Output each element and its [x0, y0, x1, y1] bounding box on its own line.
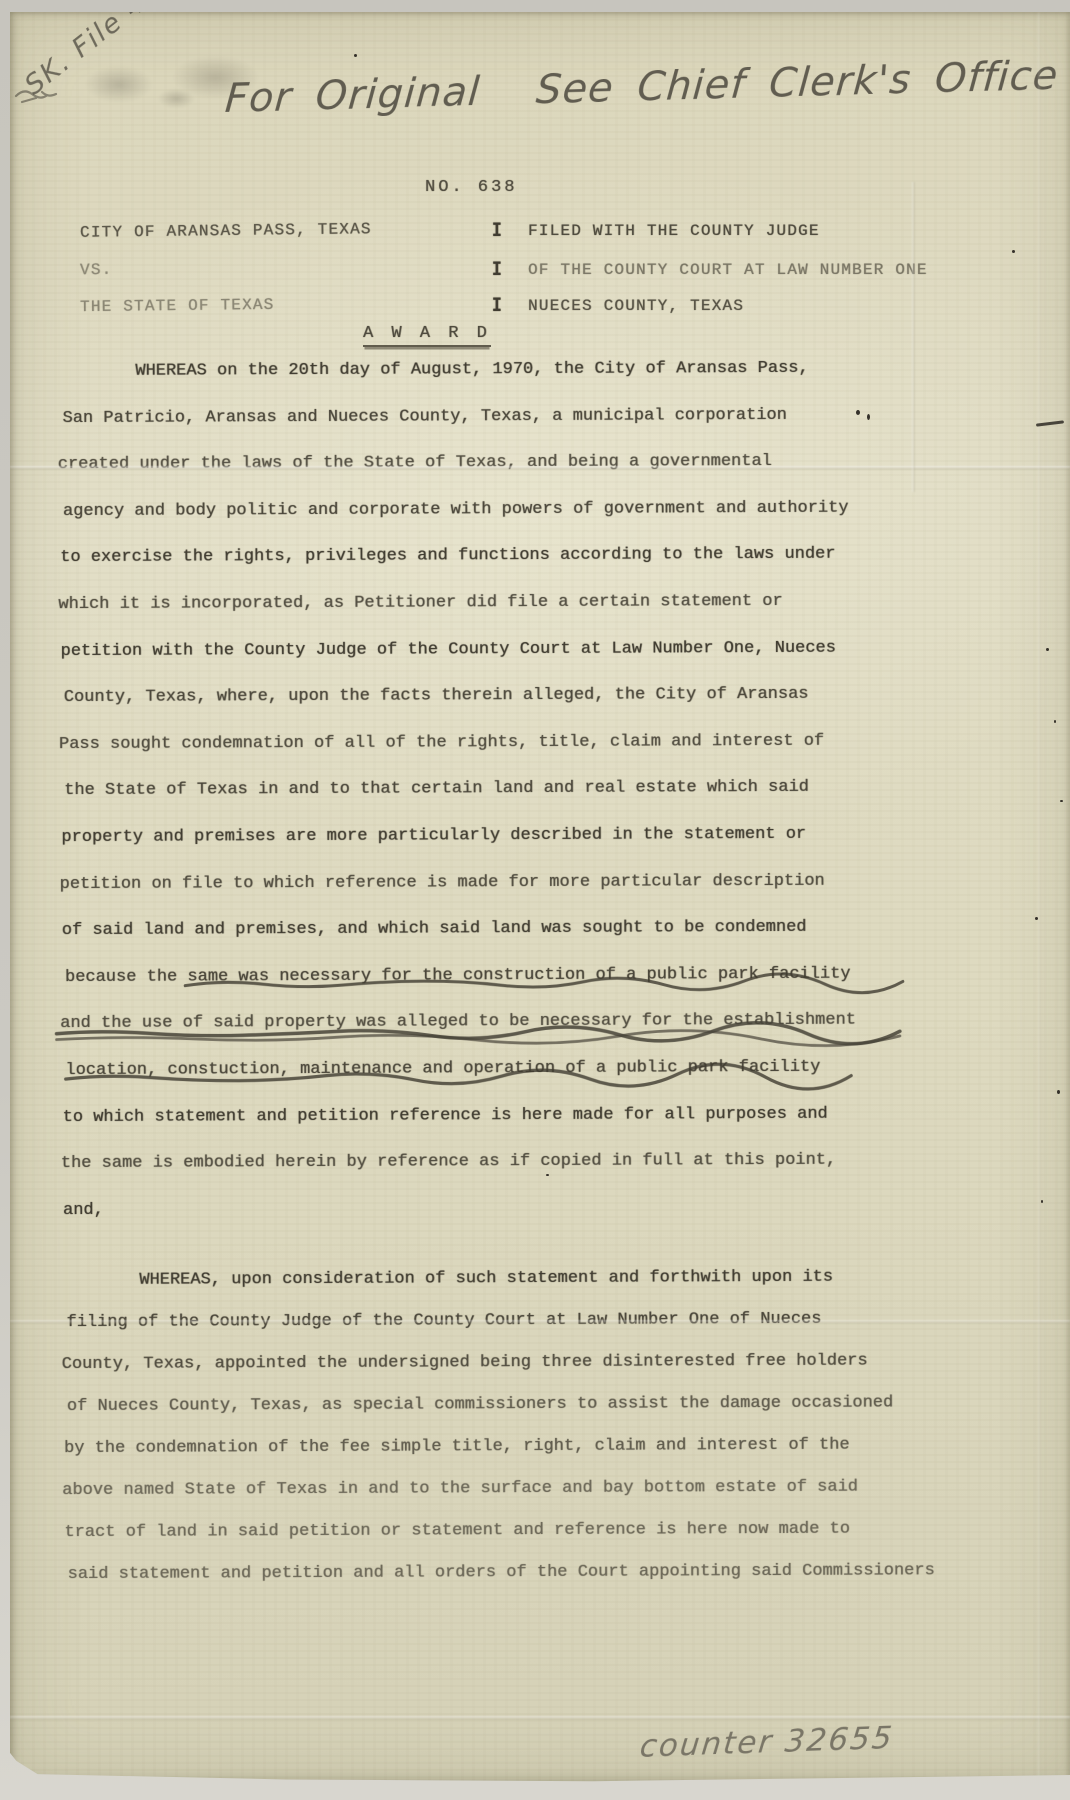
document-body: WHEREAS on the 20th day of August, 1970,…	[59, 358, 1024, 1607]
body-line: of Nueces County, Texas, as special comm…	[67, 1393, 1024, 1439]
ink-speck	[354, 54, 357, 57]
caption-left-party: VS.	[80, 261, 113, 279]
body-line: Pass sought condemnation of all of the r…	[59, 731, 1021, 782]
ink-speck	[1057, 1090, 1060, 1094]
body-line: which it is incorporated, as Petitioner …	[58, 591, 1020, 642]
fold-crease	[10, 1716, 1070, 1720]
body-line: and,	[63, 1197, 1023, 1248]
ink-speck	[1012, 250, 1015, 253]
body-line: above named State of Texas in and to the…	[62, 1477, 1024, 1523]
body-line-underlined: location, constuction, maintenance and o…	[65, 1057, 1022, 1108]
fold-crease	[10, 1320, 1070, 1324]
body-line: filing of the County Judge of the County…	[66, 1309, 1023, 1355]
body-line: San Patricio, Aransas and Nueces County,…	[62, 405, 1019, 456]
caption-left-party: THE STATE OF TEXAS	[80, 296, 275, 316]
body-line: to exercise the rights, privileges and f…	[60, 544, 1020, 595]
ink-speck	[867, 414, 870, 420]
fold-crease-vertical	[912, 182, 915, 492]
ink-speck	[546, 1174, 549, 1176]
body-line: agency and body politic and corporate wi…	[63, 498, 1020, 549]
body-line-underlined: because the same was necessary for the c…	[65, 964, 1022, 1015]
top-note-left: For Original	[223, 69, 482, 122]
caption-separator: I	[492, 259, 503, 282]
paragraph-whereas-1: WHEREAS on the 20th day of August, 1970,…	[59, 358, 1023, 1247]
ink-speck	[856, 410, 860, 415]
body-line: WHEREAS, upon consideration of such stat…	[63, 1267, 1023, 1313]
ink-speck	[1060, 800, 1063, 802]
top-note-right: See Chief Clerk's Office	[534, 53, 1060, 114]
body-line: said statement and petition and all orde…	[68, 1561, 1025, 1607]
counter-number-note: counter 32655	[638, 1719, 895, 1764]
ink-speck	[1035, 917, 1038, 920]
ink-speck	[1046, 648, 1049, 651]
caption-right-court: NUECES COUNTY, TEXAS	[528, 297, 744, 315]
case-number: NO. 638	[425, 178, 517, 197]
body-line: of said land and premises, and which sai…	[62, 917, 1022, 968]
body-line: petition with the County Judge of the Co…	[61, 637, 1021, 688]
caption-right-court: OF THE COUNTY COURT AT LAW NUMBER ONE	[528, 261, 928, 279]
handwritten-top-note: For OriginalSee Chief Clerk's Office	[223, 52, 1070, 122]
body-line: the State of Texas in and to that certai…	[64, 777, 1021, 828]
fold-crease-vertical	[1038, 12, 1041, 1783]
body-line: to which statement and petition referenc…	[63, 1103, 1023, 1154]
body-line: County, Texas, where, upon the facts the…	[64, 684, 1021, 735]
body-line: the same is embodied herein by reference…	[61, 1150, 1023, 1201]
body-line: petition on file to which reference is m…	[60, 870, 1022, 921]
underline-scrawl	[63, 1068, 853, 1085]
body-line: tract of land in said petition or statem…	[64, 1519, 1024, 1565]
top-note-gap	[479, 103, 535, 105]
scan-background: { "annotations": { "file_note": "SK. Fil…	[0, 0, 1070, 1800]
underline-scrawl	[183, 975, 905, 992]
body-line: by the condemnation of the fee simple ti…	[64, 1435, 1024, 1481]
body-line: County, Texas, appointed the undersigned…	[62, 1351, 1024, 1397]
caption-right-court: FILED WITH THE COUNTY JUDGE	[528, 222, 820, 240]
caption-separator: I	[492, 220, 503, 243]
body-line: property and premises are more particula…	[61, 824, 1021, 875]
paragraph-whereas-2: WHEREAS, upon consideration of such stat…	[63, 1267, 1024, 1607]
body-line: created under the laws of the State of T…	[58, 451, 1020, 502]
caption-separator: I	[492, 295, 503, 318]
body-line: WHEREAS on the 20th day of August, 1970,…	[59, 358, 1019, 409]
caption-left-party: CITY OF ARANSAS PASS, TEXAS	[80, 220, 372, 242]
award-heading: A W A R D	[363, 324, 491, 347]
body-line-underlined: and the use of said property was alleged…	[60, 1010, 1022, 1061]
ink-speck	[1041, 1200, 1043, 1203]
ink-speck	[1054, 720, 1056, 723]
fold-crease	[10, 466, 1070, 470]
underline-scrawl	[54, 1025, 902, 1043]
document-paper: SK. File 47 For OriginalSee Chief Clerk'…	[10, 12, 1070, 1783]
